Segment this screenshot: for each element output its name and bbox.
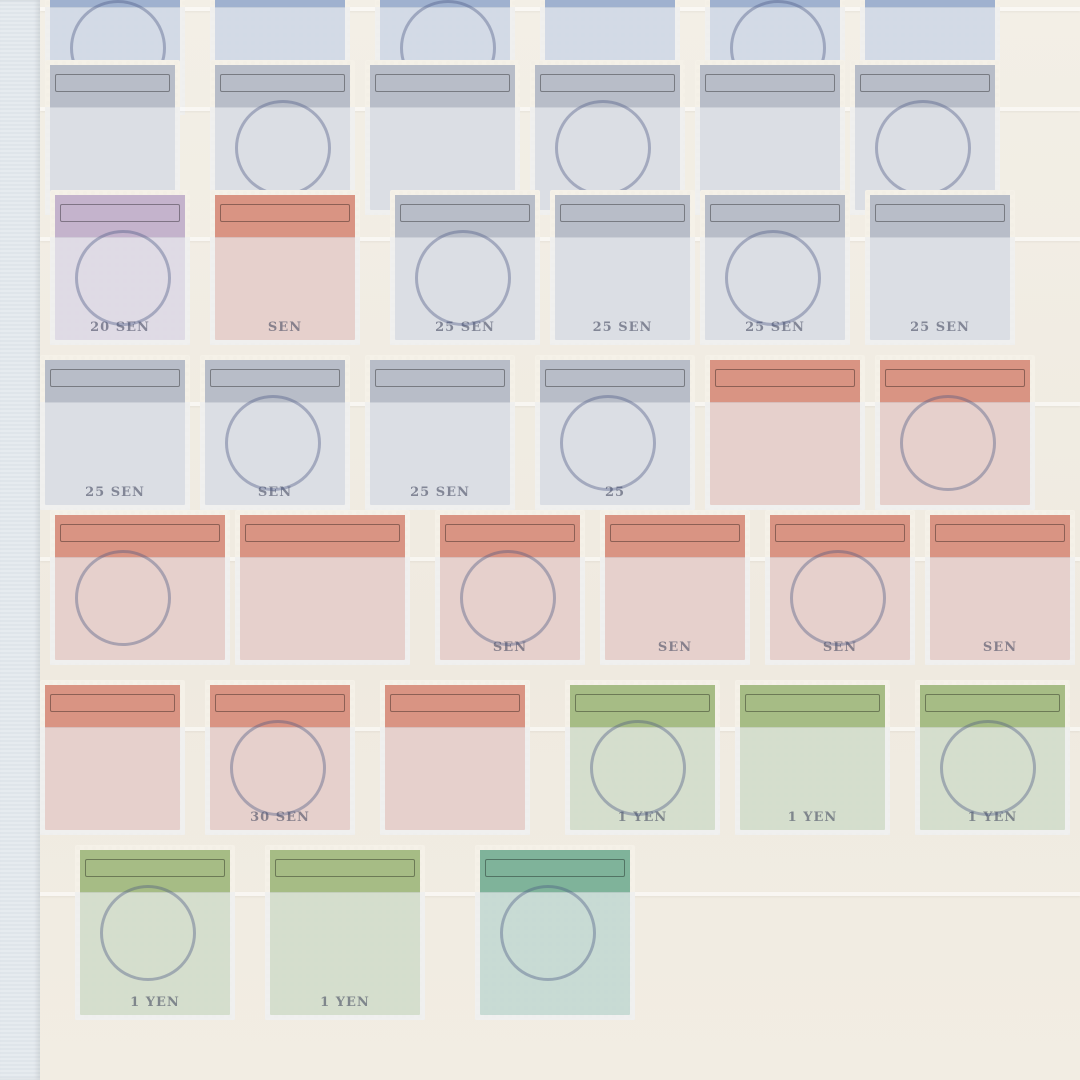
stamp: 20 SEN bbox=[50, 190, 190, 345]
postmark-cancel bbox=[875, 100, 971, 196]
postmark-cancel bbox=[500, 885, 596, 981]
stamp-denomination: 25 SEN bbox=[550, 320, 695, 335]
stamp: 25 SEN bbox=[390, 190, 540, 345]
stamp bbox=[875, 355, 1035, 510]
stamp-denomination: 1 YEN bbox=[265, 995, 425, 1010]
stamp-denomination: 25 SEN bbox=[365, 485, 515, 500]
stamp: 1 YEN bbox=[915, 680, 1070, 835]
stamp bbox=[50, 510, 230, 665]
stamp: SEN bbox=[435, 510, 585, 665]
postmark-cancel bbox=[900, 395, 996, 491]
postmark-cancel bbox=[555, 100, 651, 196]
postmark-cancel bbox=[725, 230, 821, 326]
stamp: 25 bbox=[535, 355, 695, 510]
postmark-cancel bbox=[235, 100, 331, 196]
stamp: 25 SEN bbox=[700, 190, 850, 345]
stamp: 30 SEN bbox=[205, 680, 355, 835]
stamp-denomination: SEN bbox=[600, 640, 750, 655]
stamp: 1 YEN bbox=[75, 845, 235, 1020]
stamp: SEN bbox=[600, 510, 750, 665]
stamp bbox=[380, 680, 530, 835]
stamp: SEN bbox=[200, 355, 350, 510]
stamp-denomination: 25 SEN bbox=[865, 320, 1015, 335]
stamp: SEN bbox=[765, 510, 915, 665]
postmark-cancel bbox=[460, 550, 556, 646]
stamp-denomination: 1 YEN bbox=[75, 995, 235, 1010]
postmark-cancel bbox=[560, 395, 656, 491]
stamp: 25 SEN bbox=[365, 355, 515, 510]
postmark-cancel bbox=[415, 230, 511, 326]
stamp: 25 SEN bbox=[865, 190, 1015, 345]
postmark-cancel bbox=[75, 230, 171, 326]
postmark-cancel bbox=[225, 395, 321, 491]
stamp: 25 SEN bbox=[550, 190, 695, 345]
postmark-cancel bbox=[75, 550, 171, 646]
stamp-denomination: SEN bbox=[925, 640, 1075, 655]
stamp bbox=[475, 845, 635, 1020]
postmark-cancel bbox=[790, 550, 886, 646]
postmark-cancel bbox=[590, 720, 686, 816]
stamp-denomination: SEN bbox=[210, 320, 360, 335]
stamp-denomination: 25 SEN bbox=[40, 485, 190, 500]
postmark-cancel bbox=[940, 720, 1036, 816]
stamp bbox=[235, 510, 410, 665]
postmark-cancel bbox=[100, 885, 196, 981]
album-spine bbox=[0, 0, 40, 1080]
stamp: SEN bbox=[210, 190, 360, 345]
stamp: 1 YEN bbox=[265, 845, 425, 1020]
postmark-cancel bbox=[230, 720, 326, 816]
stamp: 25 SEN bbox=[40, 355, 190, 510]
stamp bbox=[40, 680, 185, 835]
stamp: 1 YEN bbox=[735, 680, 890, 835]
stamp: 1 YEN bbox=[565, 680, 720, 835]
stamp: SEN bbox=[925, 510, 1075, 665]
stamp-denomination: 1 YEN bbox=[735, 810, 890, 825]
stamp bbox=[705, 355, 865, 510]
